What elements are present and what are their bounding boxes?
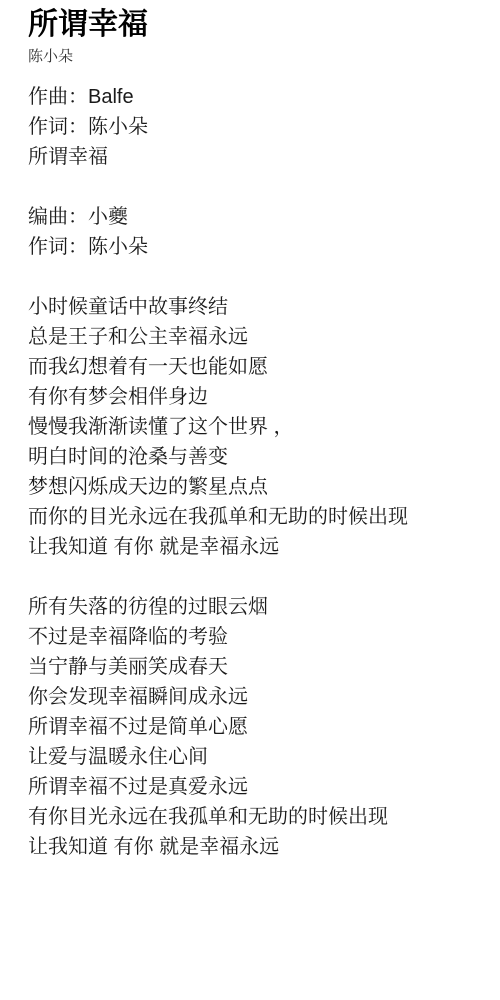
lyric-line: 当宁静与美丽笑成春天 bbox=[28, 652, 480, 682]
lyrics-stanza-2: 所有失落的彷徨的过眼云烟不过是幸福降临的考验当宁静与美丽笑成春天你会发现幸福瞬间… bbox=[28, 592, 480, 862]
lyric-line: 所谓幸福不过是简单心愿 bbox=[28, 712, 480, 742]
lyric-line: 让我知道 有你 就是幸福永远 bbox=[28, 832, 480, 862]
lyric-line: 让爱与温暖永住心间 bbox=[28, 742, 480, 772]
lyric-line: 而我幻想着有一天也能如愿 bbox=[28, 352, 480, 382]
lyric-line: 总是王子和公主幸福永远 bbox=[28, 322, 480, 352]
lyric-line: 小时候童话中故事终结 bbox=[28, 292, 480, 322]
credits-primary: 作曲：Balfe作词：陈小朵所谓幸福 bbox=[28, 82, 480, 172]
lyric-line: 明白时间的沧桑与善变 bbox=[28, 442, 480, 472]
block-gap bbox=[28, 172, 480, 202]
lyric-line: 梦想闪烁成天边的繁星点点 bbox=[28, 472, 480, 502]
credits-secondary: 编曲：小夔作词：陈小朵 bbox=[28, 202, 480, 262]
credit-line: 作曲：Balfe bbox=[28, 82, 480, 112]
lyric-line: 不过是幸福降临的考验 bbox=[28, 622, 480, 652]
lyric-line: 所有失落的彷徨的过眼云烟 bbox=[28, 592, 480, 622]
lyric-line: 你会发现幸福瞬间成永远 bbox=[28, 682, 480, 712]
lyric-line: 慢慢我渐渐读懂了这个世界 ， bbox=[28, 412, 480, 442]
lyric-line: 所谓幸福不过是真爱永远 bbox=[28, 772, 480, 802]
artist-name: 陈小朵 bbox=[28, 46, 480, 68]
credit-line: 作词：陈小朵 bbox=[28, 232, 480, 262]
lyric-line: 有你目光永远在我孤单和无助的时候出现 bbox=[28, 802, 480, 832]
block-gap bbox=[28, 262, 480, 292]
lyrics-stanza-1: 小时候童话中故事终结总是王子和公主幸福永远而我幻想着有一天也能如愿有你有梦会相伴… bbox=[28, 292, 480, 562]
credit-line: 作词：陈小朵 bbox=[28, 112, 480, 142]
lyric-line: 让我知道 有你 就是幸福永远 bbox=[28, 532, 480, 562]
page-title: 所谓幸福 bbox=[28, 6, 480, 44]
credit-line: 所谓幸福 bbox=[28, 142, 480, 172]
credit-line: 编曲：小夔 bbox=[28, 202, 480, 232]
lyrics-page: 所谓幸福 陈小朵 作曲：Balfe作词：陈小朵所谓幸福 编曲：小夔作词：陈小朵 … bbox=[0, 0, 500, 862]
stanza-gap bbox=[28, 562, 480, 592]
lyric-line: 而你的目光永远在我孤单和无助的时候出现 bbox=[28, 502, 480, 532]
lyric-line: 有你有梦会相伴身边 bbox=[28, 382, 480, 412]
